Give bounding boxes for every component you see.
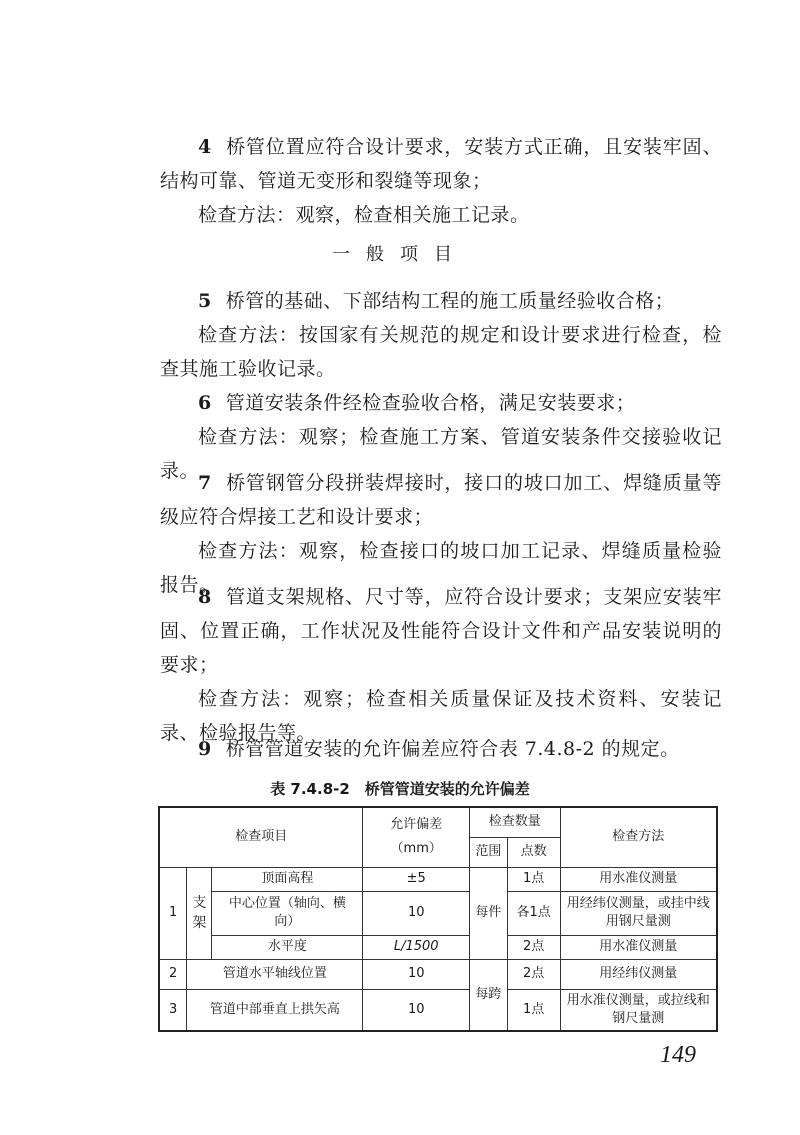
table-row: 3 管道中部垂直上拱矢高 10 1点 用水准仪测量，或拉线和钢尺量测 xyxy=(159,989,717,1031)
header-method: 检查方法 xyxy=(560,807,717,867)
row-method: 用经纬仪测量，或挂中线用钢尺量测 xyxy=(560,891,717,935)
clause-number: 4 xyxy=(198,136,212,158)
row-number: 2 xyxy=(159,959,187,989)
clause-9: 9桥管管道安装的允许偏差应符合表 7.4.8-2 的规定。 xyxy=(160,732,722,766)
header-item: 检查项目 xyxy=(159,807,363,867)
check-method-4: 检查方法：观察，检查相关施工记录。 xyxy=(160,198,722,232)
header-points: 点数 xyxy=(507,837,560,867)
clause-text: 桥管位置应符合设计要求，安装方式正确，且安装牢固、结构可靠、管道无变形和裂缝等现… xyxy=(160,136,722,192)
row-tolerance: 10 xyxy=(363,959,470,989)
clause-text: 桥管管道安装的允许偏差应符合表 7.4.8-2 的规定。 xyxy=(226,738,680,760)
header-tolerance-unit: （mm） xyxy=(365,840,467,858)
row-tolerance: L/1500 xyxy=(363,935,470,959)
section-title: 一般项目 xyxy=(0,240,800,266)
row-number: 3 xyxy=(159,989,187,1031)
check-method-text: 检查方法：按国家有关规范的规定和设计要求进行检查，检查其施工验收记录。 xyxy=(160,324,722,380)
row-points: 2点 xyxy=(507,959,560,989)
row-method: 用经纬仪测量 xyxy=(560,959,717,989)
table-row: 水平度 L/1500 2点 用水准仪测量 xyxy=(159,935,717,959)
check-method-5: 检查方法：按国家有关规范的规定和设计要求进行检查，检查其施工验收记录。 xyxy=(160,318,722,386)
row-item: 管道水平轴线位置 xyxy=(187,959,363,989)
header-row: 检查项目 允许偏差 （mm） 检查数量 检查方法 xyxy=(159,807,717,837)
row-item: 中心位置（轴向、横向） xyxy=(212,891,363,935)
clause-7: 7桥管钢管分段拼装焊接时，接口的坡口加工、焊缝质量等级应符合焊接工艺和设计要求； xyxy=(160,466,722,534)
clause-number: 7 xyxy=(198,472,212,494)
row-item: 水平度 xyxy=(212,935,363,959)
clause-number: 9 xyxy=(198,738,212,760)
table-row: 中心位置（轴向、横向） 10 各1点 用经纬仪测量，或挂中线用钢尺量测 xyxy=(159,891,717,935)
row-method: 用水准仪测量，或拉线和钢尺量测 xyxy=(560,989,717,1031)
table-row: 1 支架 顶面高程 ±5 每件 1点 用水准仪测量 xyxy=(159,867,717,891)
row-method: 用水准仪测量 xyxy=(560,867,717,891)
row-method: 用水准仪测量 xyxy=(560,935,717,959)
clause-4: 4桥管位置应符合设计要求，安装方式正确，且安装牢固、结构可靠、管道无变形和裂缝等… xyxy=(160,130,722,198)
row-tolerance: ±5 xyxy=(363,867,470,891)
row-scope: 每跨 xyxy=(470,959,508,1031)
row-scope: 每件 xyxy=(470,867,508,959)
clause-text: 桥管的基础、下部结构工程的施工质量经验收合格； xyxy=(226,290,675,312)
page-number: 149 xyxy=(660,1042,696,1069)
clause-text: 管道支架规格、尺寸等，应符合设计要求；支架应安装牢固、位置正确，工作状况及性能符… xyxy=(160,586,722,676)
clause-5: 5桥管的基础、下部结构工程的施工质量经验收合格； xyxy=(160,284,722,318)
check-method-text: 检查方法：观察，检查相关施工记录。 xyxy=(198,204,530,226)
clause-number: 5 xyxy=(198,290,212,312)
table-row: 2 管道水平轴线位置 10 每跨 2点 用经纬仪测量 xyxy=(159,959,717,989)
clause-number: 8 xyxy=(198,586,212,608)
row-tolerance: 10 xyxy=(363,891,470,935)
header-tolerance-label: 允许偏差 xyxy=(365,816,467,834)
table-caption: 表 7.4.8-2 桥管管道安装的允许偏差 xyxy=(0,778,800,799)
row-tolerance: 10 xyxy=(363,989,470,1031)
clause-text: 管道安装条件经检查验收合格，满足安装要求； xyxy=(226,392,636,414)
row-item: 顶面高程 xyxy=(212,867,363,891)
row-item: 管道中部垂直上拱矢高 xyxy=(187,989,363,1031)
clause-text: 桥管钢管分段拼装焊接时，接口的坡口加工、焊缝质量等级应符合焊接工艺和设计要求； xyxy=(160,472,722,528)
tolerance-table: 检查项目 允许偏差 （mm） 检查数量 检查方法 范围 点数 1 支架 顶面高程… xyxy=(158,806,718,1032)
row-points: 1点 xyxy=(507,989,560,1031)
header-scope: 范围 xyxy=(470,837,508,867)
row-points: 1点 xyxy=(507,867,560,891)
clause-8: 8管道支架规格、尺寸等，应符合设计要求；支架应安装牢固、位置正确，工作状况及性能… xyxy=(160,580,722,682)
row-points: 2点 xyxy=(507,935,560,959)
header-tolerance: 允许偏差 （mm） xyxy=(363,807,470,867)
row-number: 1 xyxy=(159,867,187,959)
clause-number: 6 xyxy=(198,392,212,414)
row-points: 各1点 xyxy=(507,891,560,935)
row-group: 支架 xyxy=(187,867,212,959)
header-quantity: 检查数量 xyxy=(470,807,561,837)
clause-6: 6管道安装条件经检查验收合格，满足安装要求； xyxy=(160,386,722,420)
